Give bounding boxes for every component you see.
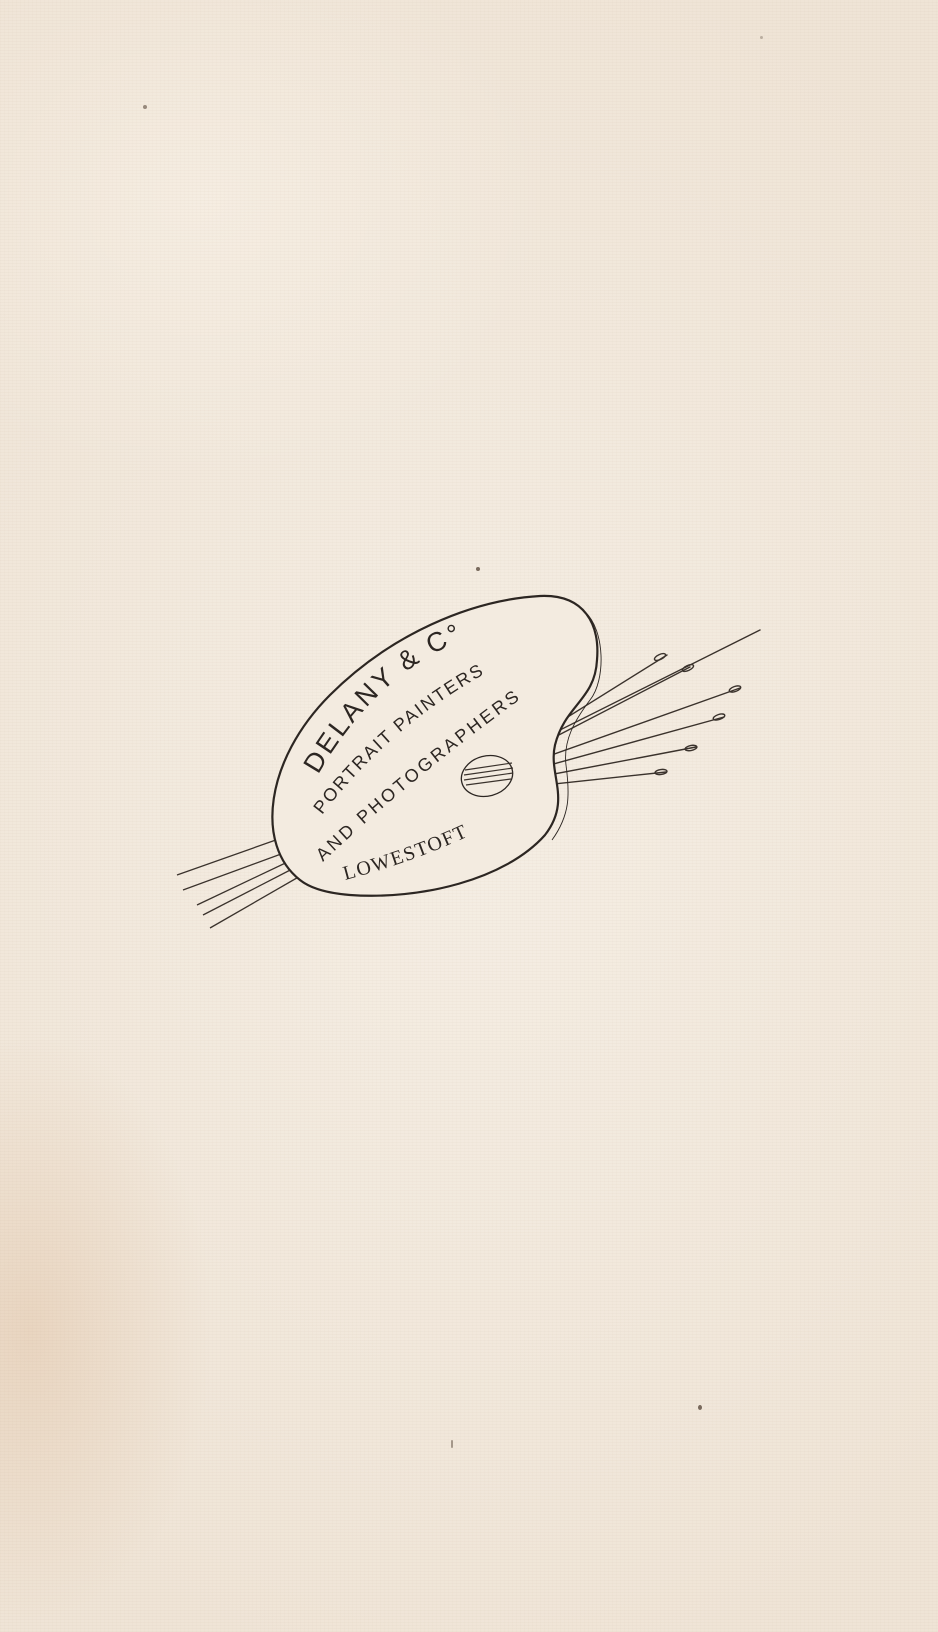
palette-emblem: DELANY & C° PORTRAIT PAINTERS AND PHOTOG… <box>0 0 938 1632</box>
photo-card-back: DELANY & C° PORTRAIT PAINTERS AND PHOTOG… <box>0 0 938 1632</box>
